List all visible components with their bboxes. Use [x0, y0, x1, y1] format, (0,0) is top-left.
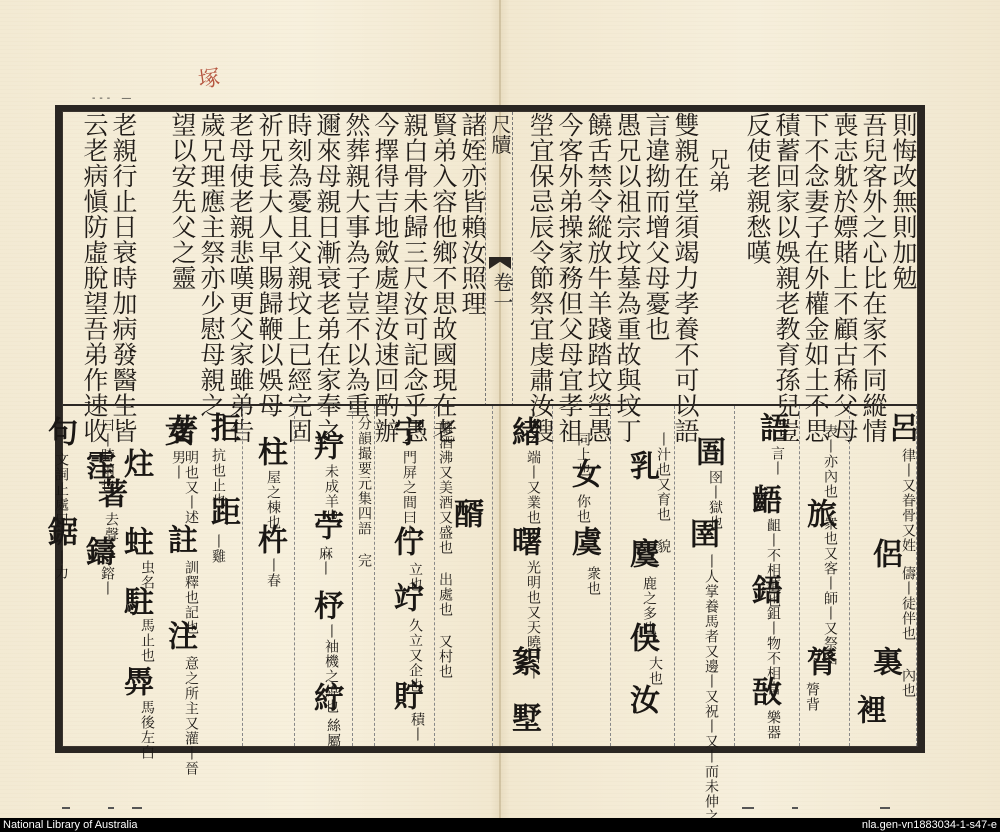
dict-headword: 鋙: [747, 574, 779, 604]
dictionary-cell: 丨汁也又育也 貌 乳 麌 鹿之多也 俁 大也 汝: [611, 406, 675, 746]
dict-gloss: 衆也: [585, 566, 600, 596]
dict-headword: 膂: [802, 646, 834, 676]
dictionary-cell: 柱 屋之棟也 杵 丨春: [243, 406, 295, 746]
text-column: 老親行止日衰時加病發醫生皆: [109, 112, 138, 444]
dict-headword: 苧: [309, 510, 341, 540]
dictionary-cell: 醑 釃酒沸又美酒又盛也 出處也 又村也: [435, 406, 493, 746]
dictionary-cell: 緒 端丨又業也 曙 光明也又天曉曰丨 絮 墅: [493, 406, 553, 746]
dict-headword: 曙: [507, 526, 539, 556]
dictionary-cell: 語 言丨 齬 齟丨不相值也 鋙 鉏丨物不相當 敔 樂器: [735, 406, 800, 746]
dictionary-cell: 呂 律丨又眷骨又姓 侶 儔丨徒伴也 裏 內也 裡: [850, 406, 917, 746]
dict-headword: 句: [43, 416, 75, 446]
dict-gloss: 曰丨時雨也: [99, 418, 114, 493]
dict-headword: 柱: [253, 436, 285, 466]
text-column: 賢弟入容他鄉不思故國現在老: [429, 112, 458, 444]
dict-headword: 圉: [685, 518, 717, 548]
dict-headword: 竚: [389, 582, 421, 612]
text-column: 云老病愼防虛脫望吾弟作速收: [80, 112, 109, 444]
dict-headword: 杵: [253, 524, 285, 554]
dict-headword: 宁: [389, 416, 421, 446]
dict-headword: 紵: [309, 682, 341, 712]
dict-headword: 呂: [884, 412, 916, 442]
dict-headword: 著: [163, 414, 195, 444]
text-column: 然葬親大事為子豈不以為重: [342, 112, 371, 418]
dictionary-colophon: 分韻撮要元集四語 完: [353, 406, 375, 746]
dict-headword: 距: [206, 496, 238, 526]
dict-gloss: 丨春: [265, 558, 280, 588]
scanned-page: 塚 --- — 則悔改無則加勉 吾兒客外之心比在家不同縱情 喪志躭於嫖賭上不顧古…: [0, 0, 1000, 818]
text-column: 祈兄長大人早賜歸鞭以娛母: [255, 112, 284, 418]
center-fold-strip: 尺牘 卷一: [485, 112, 513, 406]
dict-headword: 裡: [852, 694, 884, 724]
footer-library-name: National Library of Australia: [3, 818, 138, 832]
dictionary-cell: 拒 抗也止也 距 丨雞 女 男丨: [200, 406, 243, 746]
dict-headword: 女: [567, 458, 599, 488]
dict-headword: 絮: [507, 646, 539, 676]
dictionary-cell: 表丨亦內也 衆也又客丨師丨又祭名 旅 膂 膂背: [800, 406, 850, 746]
text-column: 老母使老親悲嘆更父家雖弟告: [226, 112, 255, 444]
dict-gloss: 儔丨徒伴也: [900, 566, 915, 641]
dict-headword: 俁: [625, 622, 657, 652]
text-column: 愚兄以祖宗坟墓為重故與坟丁: [613, 112, 642, 444]
dict-gloss: 絲屬: [325, 718, 340, 748]
text-column: 反使老親愁嘆: [743, 112, 772, 265]
text-column: 時刻為憂且父親坟上已經完固: [284, 112, 313, 444]
dict-gloss: 膂背: [804, 682, 819, 712]
text-column: 今客外弟操家務但父母宜孝祖: [555, 112, 584, 444]
text-column: 言違拗而增父母憂也: [642, 112, 671, 342]
lower-left-dictionary-block: 著 明也又丨述 註 訓釋也記也 注 意之所主又灌丨晉 炷 蛀 虫名 駐 馬止也 …: [63, 406, 203, 746]
dictionary-cell: 羜 未成羊也 苧 麻丨 杼 丨袖機之緯也 紵 絲屬: [295, 406, 353, 746]
dict-gloss: 馬後左白: [139, 700, 154, 760]
bottom-margin-marks: [0, 806, 1000, 810]
dict-gloss: 丨力: [53, 550, 68, 580]
dict-headword: 語: [755, 412, 787, 442]
dictionary-cell: 宁 門屏之間曰丨 佇 立也 竚 久立又企也 貯 積丨: [375, 406, 435, 746]
dict-gloss: 明也又丨述: [183, 450, 198, 525]
dict-headword: 羜: [309, 430, 341, 460]
dict-headword: 圄: [691, 436, 723, 466]
text-column: 望以安先父之靈: [168, 112, 197, 291]
colophon-text: 分韻撮要元集四語 完: [356, 416, 371, 568]
dict-headword: 緒: [507, 416, 539, 446]
text-column: 今擇得吉地斂處望汝速回酌辦: [371, 112, 400, 444]
dict-headword: 虞: [567, 526, 599, 556]
dict-gloss: 意之所主又灌丨晉: [183, 656, 198, 776]
text-column: 饒舌禁令縱放牛羊踐踏坟塋愚: [584, 112, 613, 444]
dict-headword: 侶: [868, 538, 900, 568]
dict-headword: 墅: [507, 702, 539, 732]
dict-gloss: 麻丨: [317, 546, 332, 576]
dict-gloss: 律丨又眷骨又姓: [900, 448, 915, 553]
text-column: 喪志躭於嫖賭上不顧古稀父母: [830, 112, 859, 444]
text-column: 則悔改無則加勉: [889, 112, 918, 291]
dictionary-cell: 圄 囹丨獄也 圉 丨人掌養馬者又邊丨又祝丨又丨而未伸之: [675, 406, 735, 746]
text-column: 塋宜保忌辰令節祭宜虔肅汝嫂: [526, 112, 555, 444]
text-column: 親白骨未歸三尺汝可記念乎愚: [400, 112, 429, 444]
text-column: 下不念妻子在外權金如土不思: [801, 112, 830, 444]
text-column: 邇來母親日漸衰老弟在家奉之: [313, 112, 342, 444]
dict-gloss: 積丨: [409, 712, 424, 742]
text-column: 諸姪亦皆賴汝照理: [458, 112, 487, 316]
dict-gloss: 大也: [647, 656, 662, 686]
text-column: 雙親在堂須竭力孝養不可以語: [671, 112, 700, 444]
footer-record-id: nla.gen-vn1883034-1-s47-e: [862, 818, 997, 832]
dict-gloss: 樂器: [765, 710, 780, 740]
dict-headword: 乳: [625, 450, 657, 480]
section-heading-brothers: 兄弟: [703, 148, 732, 193]
dict-gloss: 表丨亦內也 衆也又客丨師丨又祭名: [822, 424, 837, 666]
dict-headword: 注: [163, 620, 195, 650]
dict-headword: 拒: [206, 412, 238, 442]
dict-gloss: 鎔丨: [99, 566, 114, 596]
fish-tail-mark-icon: [489, 257, 511, 269]
dict-headword: 杼: [309, 590, 341, 620]
dict-headword: 鑄: [81, 536, 113, 566]
text-column: 積蓄回家以娛親老教育孫兒豈: [772, 112, 801, 444]
dict-headword: 汝: [625, 684, 657, 714]
dict-headword: 鋸: [43, 516, 75, 546]
dict-headword: 註: [163, 524, 195, 554]
volume-marker: 卷一: [488, 272, 517, 312]
dict-headword: 齬: [747, 484, 779, 514]
dict-gloss: 端丨又業也: [525, 450, 540, 525]
dict-headword: 裏: [868, 646, 900, 676]
dict-headword: 蛀: [119, 526, 151, 556]
dict-gloss: 言丨: [769, 446, 784, 476]
dict-headword: 醑: [449, 498, 481, 528]
dict-headword: 旅: [802, 498, 834, 528]
dict-gloss: 馬止也: [139, 618, 154, 663]
dict-headword: 炷: [119, 448, 151, 478]
dict-gloss: 內也: [900, 668, 915, 698]
dict-headword: 麌: [625, 538, 657, 568]
footer-attribution-bar: National Library of Australia nla.gen-vn…: [0, 818, 1000, 832]
dict-gloss: 釃酒沸又美酒又盛也 出處也 又村也: [437, 420, 452, 679]
fold-label: 尺牘: [488, 114, 512, 155]
dict-gloss: 屋之棟也: [265, 470, 280, 530]
dictionary-cell: 同上也 你也 女 虞 衆也: [553, 406, 611, 746]
dict-headword: 駐: [119, 586, 151, 616]
dict-headword: 馵: [119, 666, 151, 696]
margin-tick-marks: --- —: [92, 93, 135, 104]
dict-headword: 貯: [389, 680, 421, 710]
red-seal-character: 塚: [196, 61, 222, 95]
dict-gloss: 丨雞: [210, 534, 225, 564]
text-column: 吾兒客外之心比在家不同縱情: [859, 112, 888, 444]
dict-headword: 敔: [747, 676, 779, 706]
text-column: 歲兄理應主祭亦少慰母親之: [197, 112, 226, 418]
dict-headword: 佇: [389, 526, 421, 556]
dict-gloss: 丨人掌養馬者又邊丨又祝丨又丨而未伸之: [703, 554, 718, 824]
